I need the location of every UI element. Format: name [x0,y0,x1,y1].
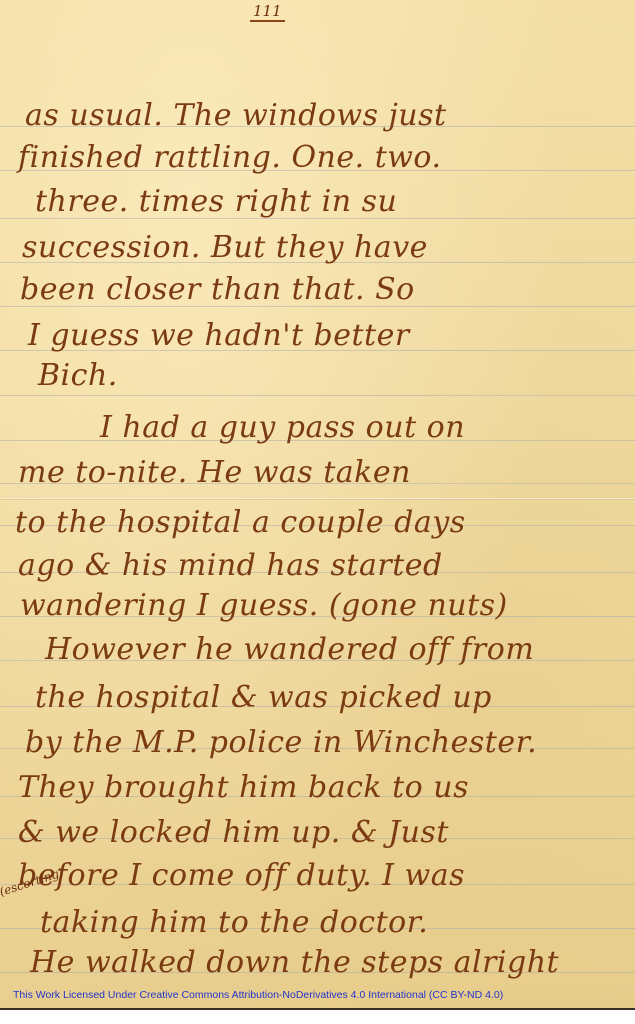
handwritten-line: finished rattling. One. two. [18,140,442,176]
ruled-line [0,395,635,396]
handwritten-line: by the M.P. police in Winchester. [25,725,537,761]
handwritten-line: taking him to the doctor. [40,905,428,941]
handwritten-line: me to-nite. He was taken [18,455,411,491]
letter-page: 111 as usual. The windows justfinished r… [0,0,635,1010]
handwritten-line: to the hospital a couple days [15,505,466,541]
handwritten-line: ago & his mind has started [18,548,443,584]
handwritten-line: I guess we hadn't better [28,318,410,354]
paper-fold [0,498,635,500]
handwritten-line: They brought him back to us [18,770,469,806]
handwritten-line: the hospital & was picked up [35,680,492,716]
handwritten-line: wandering I guess. (gone nuts) [20,588,508,624]
handwritten-line: I had a guy pass out on [100,410,465,446]
handwritten-line: & we locked him up. & Just [18,815,449,851]
handwritten-line: three. times right in su [35,184,397,220]
handwritten-line: However he wandered off from [45,632,534,668]
handwritten-line: before I come off duty. I was [18,858,465,894]
handwritten-line: He walked down the steps alright [30,945,559,981]
handwritten-line: been closer than that. So [20,272,415,308]
license-notice: This Work Licensed Under Creative Common… [13,989,503,1001]
handwritten-line: Bich. [38,358,118,394]
handwritten-line: succession. But they have [22,230,428,266]
page-number: 111 [250,2,285,22]
handwritten-line: as usual. The windows just [25,98,447,134]
